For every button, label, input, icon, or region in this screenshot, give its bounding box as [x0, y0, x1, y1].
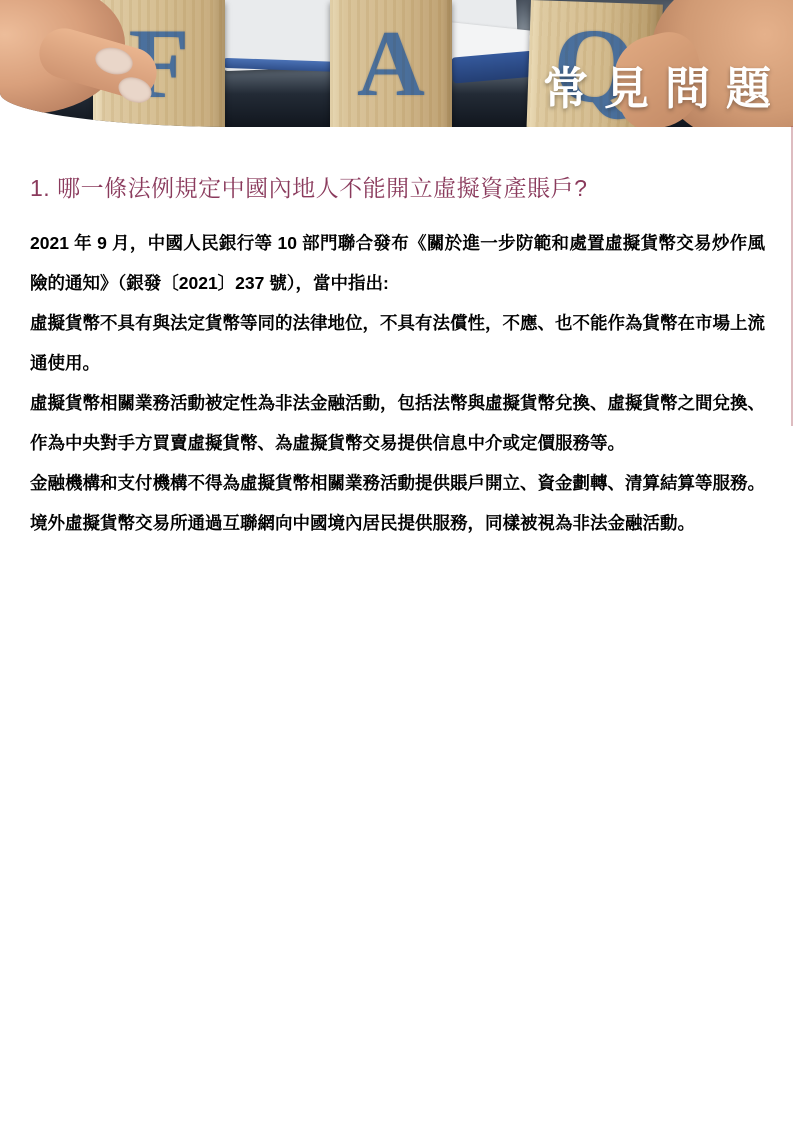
question-heading: 1. 哪一條法例規定中國內地人不能開立虛擬資產賬戶? [30, 172, 765, 204]
answer-paragraph: 虛擬貨幣不具有與法定貨幣等同的法律地位，不具有法償性，不應、也不能作為貨幣在市場… [30, 303, 765, 383]
answer-paragraph: 2021 年 9 月，中國人民銀行等 10 部門聯合發布《關於進一步防範和處置虛… [30, 223, 765, 303]
wooden-block-a: A [330, 0, 452, 127]
document-content: 1. 哪一條法例規定中國內地人不能開立虛擬資產賬戶? 2021 年 9 月，中國… [0, 127, 793, 543]
faq-document-page: F A Q 常見問題 1. 哪一條法例規定中國內地人不能開立虛擬資產賬戶? 20… [0, 0, 793, 1121]
block-letter-a: A [357, 10, 425, 118]
answer-text: 2021 年 9 月，中國人民銀行等 10 部門聯合發布《關於進一步防範和處置虛… [30, 223, 765, 543]
banner-title: 常見問題 [543, 52, 787, 117]
header-photo-banner: F A Q 常見問題 [0, 0, 793, 127]
answer-paragraph: 境外虛擬貨幣交易所通過互聯網向中國境內居民提供服務，同樣被視為非法金融活動。 [30, 503, 765, 543]
answer-paragraph: 金融機構和支付機構不得為虛擬貨幣相關業務活動提供賬戶開立、資金劃轉、清算結算等服… [30, 463, 765, 503]
answer-paragraph: 虛擬貨幣相關業務活動被定性為非法金融活動，包括法幣與虛擬貨幣兌換、虛擬貨幣之間兌… [30, 383, 765, 463]
